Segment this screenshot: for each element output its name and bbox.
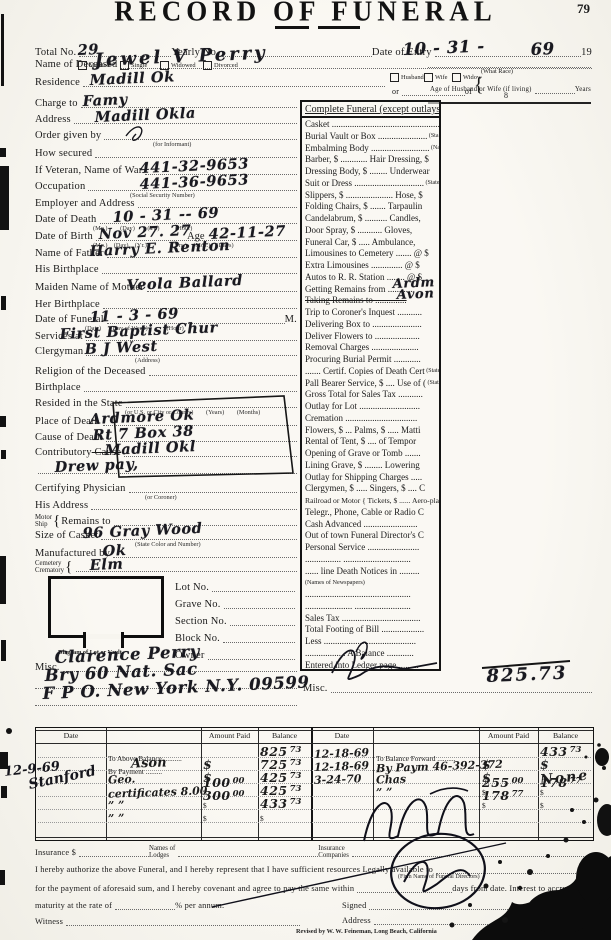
form-row: Certifying Physician(or Coroner) bbox=[35, 481, 297, 495]
field-label: Birthplace bbox=[35, 381, 81, 394]
charge-item-text: Outlay for Shipping Charges ..... bbox=[305, 472, 422, 482]
dotted-line bbox=[66, 922, 300, 926]
form-row: ClergymanB J West(Address) bbox=[35, 344, 297, 358]
field-label: If Veteran, Name of War bbox=[35, 164, 142, 177]
amount-cents: 73 bbox=[290, 758, 302, 768]
dotted-line bbox=[35, 702, 297, 706]
checkbox-label: Husband bbox=[401, 74, 424, 81]
checkbox-label: Wife bbox=[435, 74, 448, 81]
column-rule bbox=[538, 728, 539, 840]
charge-item: Trip to Coroner's Inquest ........... bbox=[305, 307, 439, 319]
handwritten-value: B J West bbox=[84, 338, 158, 358]
charge-item: Opening of Grave or Tomb ....... bbox=[305, 448, 439, 460]
ledger-column-header: Amount Paid bbox=[201, 731, 258, 740]
charge-item-text: Taking Remains to .............. bbox=[305, 295, 407, 305]
companies-label: Insurance Companies bbox=[318, 845, 349, 859]
form-row: Manufactured byOk bbox=[35, 546, 297, 560]
signed-row: Signed bbox=[342, 898, 592, 912]
form-row: CemeteryCrematory{Elm bbox=[35, 560, 297, 574]
checkbox-label: Widowed bbox=[171, 62, 196, 69]
charge-item-text: Slippers, $ ..................... Hose, … bbox=[305, 190, 423, 200]
ledger-cell: ” ” bbox=[376, 783, 478, 796]
charge-item-text: (Names of Newspapers) bbox=[305, 579, 365, 586]
dotted-line bbox=[79, 853, 149, 857]
payments-ledger: DateAmount PaidBalanceDateAmount PaidBal… bbox=[35, 727, 594, 841]
address-label: Address bbox=[342, 914, 371, 927]
lodges-label: Names of Lodges bbox=[149, 845, 175, 859]
charge-item: Taking Remains to ..............Avon bbox=[305, 295, 439, 307]
checkbox bbox=[203, 61, 212, 70]
charge-item-text: Folding Chairs, $ ....... Tarpaulin bbox=[305, 201, 422, 211]
charge-item: .................. A Balance ...........… bbox=[305, 648, 439, 660]
charge-item-text: Extra Limousines .............. @ $ bbox=[305, 260, 420, 270]
authorization-line-2: for the payment of aforesaid sum, and I … bbox=[35, 881, 592, 895]
charge-item-text: ..................... ..................… bbox=[305, 601, 411, 611]
dotted-line bbox=[84, 388, 297, 392]
amount-cents: 73 bbox=[570, 745, 582, 755]
charge-item: Burial Vault or Box ....................… bbox=[305, 131, 439, 143]
field-label: Lot No. bbox=[175, 581, 209, 594]
form-row: Drew pay, bbox=[35, 462, 297, 476]
charge-item-text: Pall Bearer Service, $ .... Use of ( bbox=[305, 378, 426, 388]
charge-item: Procuring Burial Permit ............ bbox=[305, 354, 439, 366]
charge-item-text: Delivering Box to ...................... bbox=[305, 319, 422, 329]
charge-item-text: Candelabrum, $ .......... Candles, bbox=[305, 213, 421, 223]
charge-item: Gross Total for Sales Tax ........... bbox=[305, 389, 439, 401]
charge-item-text: Procuring Burial Permit ............ bbox=[305, 354, 421, 364]
charge-item: Dressing Body, $ ........ Underwear bbox=[305, 166, 439, 178]
charge-item-hint: (State Nu bbox=[425, 368, 441, 374]
charge-item-text: Burial Vault or Box ....................… bbox=[305, 131, 427, 141]
misc-label: Misc. bbox=[303, 682, 328, 695]
dotted-line bbox=[129, 489, 297, 493]
form-row: Order given by(for Informant) bbox=[35, 128, 297, 142]
charge-item: Candelabrum, $ .......... Candles, bbox=[305, 213, 439, 225]
dotted-line bbox=[369, 906, 592, 910]
binding-marks bbox=[0, 14, 12, 885]
ledger-column-header: Balance bbox=[258, 731, 311, 740]
authorization-text: days from date. Interest to accrue bbox=[452, 882, 570, 895]
diagram-stub bbox=[83, 632, 86, 648]
form-row: Size of Casket96 Gray Wood(State Color a… bbox=[35, 528, 297, 542]
checkbox bbox=[78, 61, 87, 70]
lot-field-row: Lot No. bbox=[175, 580, 295, 594]
ledger-cell: 42573 bbox=[260, 769, 310, 782]
authorization-text: I hereby authorize the above Funeral, an… bbox=[35, 863, 433, 876]
meridiem-label: M. bbox=[285, 313, 297, 326]
lot-diagram bbox=[48, 576, 164, 638]
charge-item: Railroad or Motor { Tickets, $ ...... Ae… bbox=[305, 495, 439, 507]
charge-item-text: Door Spray, $ ........... Gloves, bbox=[305, 225, 412, 235]
handwritten-balance-amount: 825.73 bbox=[486, 662, 568, 687]
ledger-cell: $ 17877 bbox=[482, 769, 537, 782]
charge-item-text: Flowers, $ ... Palms, $ ..... Matti bbox=[305, 425, 421, 435]
years-label: Years bbox=[575, 83, 591, 96]
checkbox bbox=[390, 73, 399, 82]
ledger-cell: $ bbox=[203, 782, 257, 795]
amount-cents: 73 bbox=[290, 784, 302, 794]
revision-note: Revised by W. W. Feineman, Long Beach, C… bbox=[296, 928, 437, 935]
dotted-line bbox=[352, 853, 592, 857]
ledger-cell: ” ” bbox=[108, 796, 200, 809]
charge-item: Rental of Tent, $ .... of Tempor bbox=[305, 436, 439, 448]
charge-item: Extra Limousines .............. @ $ bbox=[305, 260, 439, 272]
charges-items: Casket .................................… bbox=[302, 118, 439, 671]
charge-item: Telegr., Phone, Cable or Radio C bbox=[305, 507, 439, 519]
charge-item: Cash Advanced ........................ bbox=[305, 519, 439, 531]
ledger-desc: ” ” bbox=[108, 812, 125, 826]
charge-item: Outlay for Shipping Charges ..... bbox=[305, 472, 439, 484]
charge-item: ........................................… bbox=[305, 589, 439, 601]
checkbox-option: Wife bbox=[424, 73, 448, 82]
ledger-cell: 3-24-70 bbox=[314, 770, 372, 783]
figure-eight: 8 bbox=[504, 91, 508, 100]
ledger-cell: $ 25500 bbox=[482, 756, 537, 769]
brace-glyph: { bbox=[65, 561, 72, 574]
ledger-cell: Ason bbox=[131, 754, 201, 767]
ledger-cell: $ 10000 bbox=[203, 756, 257, 769]
charge-item-hint: (State Kind an bbox=[424, 180, 441, 186]
ledger-cell: Geo. bbox=[108, 770, 200, 783]
charge-item: Delivering Box to ...................... bbox=[305, 319, 439, 331]
ledger-cell: ” ” bbox=[108, 809, 200, 822]
ledger-cell: 12-18-69 bbox=[314, 744, 372, 757]
field-sublabel: (Address) bbox=[135, 357, 160, 364]
charge-item-text: ................ .......................… bbox=[305, 554, 411, 564]
ledger-cell: $ bbox=[203, 808, 257, 821]
charge-item-hint: (Name of E bbox=[430, 145, 442, 151]
charge-item: Entered into Ledger page ......... bbox=[305, 660, 439, 672]
field-label: Certifying Physician bbox=[35, 482, 126, 495]
ledger-cell: 82573 bbox=[260, 743, 310, 756]
brace-glyph: { bbox=[53, 515, 60, 528]
diagram-gap bbox=[86, 634, 124, 639]
field-label: Clergyman bbox=[35, 345, 83, 358]
handwritten-entry: Avon bbox=[397, 289, 435, 302]
ink-blot bbox=[576, 852, 611, 904]
dotted-line bbox=[331, 689, 592, 693]
ledger-cell: 72573 bbox=[260, 756, 310, 769]
page-title: RECORD OF FUNERAL bbox=[0, 0, 611, 28]
address-row: Address bbox=[342, 913, 592, 927]
charge-item-hint: (State Physi bbox=[426, 380, 441, 386]
dotted-line bbox=[230, 622, 295, 626]
dotted-line bbox=[574, 889, 592, 893]
ledger-cell: 43373 bbox=[540, 743, 592, 756]
charge-item-text: Funeral Car, $ ..... Ambulance, bbox=[305, 237, 415, 247]
field-label: Order given by bbox=[35, 129, 101, 142]
field-label: Residence bbox=[35, 76, 80, 89]
checkbox-option: Married bbox=[78, 61, 110, 70]
charge-item-text: Clergymen, $ ..... Singers, $ .... C bbox=[305, 483, 425, 493]
charge-item-hint: (Sta bbox=[427, 133, 438, 139]
checkbox bbox=[452, 73, 461, 82]
lot-field-row: Grave No. bbox=[175, 597, 295, 611]
dotted-line bbox=[374, 921, 592, 925]
witness-row: Witness bbox=[35, 914, 300, 928]
field-label: Date of Death bbox=[35, 213, 97, 226]
charge-item: Personal Service ....................... bbox=[305, 542, 439, 554]
field-label: Religion of the Deceased bbox=[35, 365, 146, 378]
form-row: His Address bbox=[35, 498, 297, 512]
ledger-column-header: Amount Paid bbox=[479, 731, 538, 740]
dotted-line bbox=[535, 90, 575, 94]
field-label: His Address bbox=[35, 499, 88, 512]
ledger-amount: $ bbox=[203, 814, 207, 823]
charge-item-text: Rental of Tent, $ .... of Tempor bbox=[305, 436, 416, 446]
charge-item: Suit or Dress ..........................… bbox=[305, 178, 439, 190]
row-rule bbox=[36, 837, 593, 838]
charge-item-text: Embalming Body .........................… bbox=[305, 143, 430, 153]
charge-item: ................ .......................… bbox=[305, 554, 439, 566]
field-label: Charge to bbox=[35, 97, 78, 110]
ledger-cell: $ bbox=[482, 795, 537, 808]
authorization-line-3: maturity at the rate of % per annum. bbox=[35, 898, 300, 912]
ledger-amount: $ bbox=[540, 801, 544, 810]
charge-item: ..................... ..................… bbox=[305, 601, 439, 613]
page-number: 79 bbox=[577, 1, 590, 17]
stacked-label-top: Cemetery bbox=[35, 560, 64, 567]
form-row: AddressMadill Okla bbox=[35, 112, 297, 126]
funeral-record-page: RECORD OF FUNERAL 79 Total No. Yearly No… bbox=[0, 0, 611, 940]
ledger-cell: $ 30000 bbox=[203, 769, 257, 782]
charge-item: Slippers, $ ..................... Hose, … bbox=[305, 190, 439, 202]
title-underline bbox=[275, 26, 309, 29]
spouse-age-label: Age of Husband or Wife (if living) bbox=[430, 83, 532, 96]
stacked-label-top: Motor bbox=[35, 514, 52, 521]
field-label: How secured bbox=[35, 147, 92, 160]
form-row: Services atFirst Baptist Chur bbox=[35, 329, 297, 343]
checkbox bbox=[120, 61, 129, 70]
charge-item: Outlay for Lot .........................… bbox=[305, 401, 439, 413]
charge-item-text: Out of town Funeral Director's C bbox=[305, 530, 424, 540]
dotted-line bbox=[224, 605, 295, 609]
column-rule bbox=[258, 728, 259, 840]
ledger-cell: 42573 bbox=[260, 782, 310, 795]
column-rule bbox=[106, 728, 107, 840]
charges-box-title: Complete Funeral (except outlays) bbox=[302, 102, 439, 118]
dotted-line bbox=[115, 906, 175, 910]
charge-item-text: Suit or Dress ..........................… bbox=[305, 178, 424, 188]
stacked-label: CemeteryCrematory bbox=[35, 560, 64, 574]
amount-cents: 73 bbox=[290, 771, 302, 781]
field-label: Occupation bbox=[35, 180, 85, 193]
charge-item: Sales Tax ..............................… bbox=[305, 613, 439, 625]
charge-item-text: ....... Certif. Copies of Death Cert bbox=[305, 366, 425, 376]
stacked-label-bottom: Crematory bbox=[35, 567, 64, 574]
ledger-cell: $ bbox=[540, 782, 592, 795]
authorization-text: % per annum. bbox=[175, 899, 224, 912]
ledger-cell: certificates 8.00 bbox=[108, 783, 200, 796]
charge-item-text: Barber, $ ............ Hair Dressing, $ bbox=[305, 154, 429, 164]
stacked-label-bottom: Ship bbox=[35, 521, 52, 528]
form-row: Religion of the Deceased bbox=[35, 364, 297, 378]
insurance-row: Insurance $ Names of Lodges Insurance Co… bbox=[35, 845, 592, 859]
rule-line bbox=[428, 102, 591, 104]
ledger-cell: $ bbox=[203, 795, 257, 808]
charge-item: Out of town Funeral Director's C bbox=[305, 530, 439, 542]
dotted-line bbox=[113, 554, 297, 558]
lot-field-row: Section No. bbox=[175, 614, 295, 628]
charge-item-text: Cash Advanced ........................ bbox=[305, 519, 418, 529]
dotted-line bbox=[223, 639, 295, 643]
field-label: His Birthplace bbox=[35, 263, 99, 276]
charge-item: Limousines to Cemetery ....... @ $ bbox=[305, 248, 439, 260]
authorization-text: maturity at the rate of bbox=[35, 899, 112, 912]
ledger-cell: Chas bbox=[376, 770, 478, 783]
charge-item-text: Total Footing of Bill ..................… bbox=[305, 624, 424, 634]
checkbox-option: Divorced bbox=[203, 61, 238, 70]
ledger-cell: 12-18-69 bbox=[314, 757, 372, 770]
ink-blot bbox=[526, 890, 594, 934]
charge-item-text: ........................................… bbox=[305, 589, 411, 599]
dotted-line bbox=[91, 506, 297, 510]
charge-item: ....... Certif. Copies of Death Cert (St… bbox=[305, 366, 439, 378]
ledger-column-header: Date bbox=[311, 731, 373, 740]
field-label: Date of Birth bbox=[35, 230, 93, 243]
ledger-cell: None bbox=[540, 769, 592, 782]
charge-item-text: Opening of Grave or Tomb ....... bbox=[305, 448, 421, 458]
ledger-cell: $ bbox=[540, 795, 592, 808]
field-label: Address bbox=[35, 113, 71, 126]
authorization-line-1: I hereby authorize the above Funeral, an… bbox=[35, 862, 592, 876]
charge-item: Deliver Flowers to .................... bbox=[305, 331, 439, 343]
ledger-desc: ” ” bbox=[376, 786, 393, 800]
handwritten-value: Elm bbox=[89, 556, 123, 574]
form-row: Maiden Name of MotherVeola Ballard bbox=[35, 280, 297, 294]
checkbox-option: Husband bbox=[390, 73, 424, 82]
checkbox-label: Single bbox=[131, 62, 147, 69]
charge-item-text: Deliver Flowers to .................... bbox=[305, 331, 420, 341]
title-underline bbox=[318, 26, 360, 29]
field-label: Resided in the State bbox=[35, 397, 123, 410]
charge-item-text: Casket .................................… bbox=[305, 119, 440, 129]
dotted-line bbox=[149, 372, 297, 376]
charge-item: Casket .................................… bbox=[305, 119, 439, 131]
checkbox bbox=[424, 73, 433, 82]
charge-item-text: Limousines to Cemetery ....... @ $ bbox=[305, 248, 429, 258]
charge-item-text: Personal Service ....................... bbox=[305, 542, 419, 552]
charge-item-text: ...... line Death Notices in ......... bbox=[305, 566, 419, 576]
charge-item-text: Entered into Ledger page ......... bbox=[305, 660, 419, 670]
column-rule bbox=[479, 728, 480, 840]
handwritten-date: 3-24-70 bbox=[314, 772, 362, 787]
dotted-line bbox=[212, 588, 295, 592]
dotted-line bbox=[357, 889, 452, 893]
checkbox-label: Married bbox=[89, 62, 110, 69]
charge-item-text: Removal Charges ..................... bbox=[305, 342, 419, 352]
ledger-column-header: Date bbox=[36, 731, 106, 740]
charge-item-text: Railroad or Motor { Tickets, $ ...... Ae… bbox=[305, 496, 441, 505]
charge-item: Total Footing of Bill ..................… bbox=[305, 624, 439, 636]
charge-item-text: Lining Grave, $ ........ Lowering bbox=[305, 460, 420, 470]
field-label: Grave No. bbox=[175, 598, 221, 611]
charge-item-text: Cremation ..............................… bbox=[305, 413, 417, 423]
charge-item: Folding Chairs, $ ....... Tarpaulin bbox=[305, 201, 439, 213]
witness-label: Witness bbox=[35, 915, 63, 928]
form-row: Contributory CauseMadill Okl bbox=[35, 445, 297, 459]
form-row: Birthplace bbox=[35, 380, 297, 394]
form-row: Name of FatherHarry E. Renton bbox=[35, 246, 297, 260]
charge-item: (Names of Newspapers) bbox=[305, 577, 439, 589]
column-rule bbox=[373, 728, 374, 840]
charge-item: Cremation ..............................… bbox=[305, 413, 439, 425]
ink-blot bbox=[595, 748, 609, 766]
signed-label: Signed bbox=[342, 899, 366, 912]
stacked-label: MotorShip bbox=[35, 514, 52, 528]
authorization-text: for the payment of aforesaid sum, and I … bbox=[35, 882, 354, 895]
ledger-cell: $ bbox=[260, 808, 310, 821]
insurance-label: Insurance $ bbox=[35, 846, 76, 859]
ledger-cell: $ bbox=[482, 782, 537, 795]
form-row: Occupation441-36-9653(Social Security Nu… bbox=[35, 179, 297, 193]
charge-item: Pall Bearer Service, $ .... Use of ( (St… bbox=[305, 378, 439, 390]
ledger-cell: By Paym 46-392-372 bbox=[376, 757, 478, 770]
race-hint: (What Race) bbox=[481, 68, 513, 75]
field-label: Section No. bbox=[175, 615, 227, 628]
charges-box: Complete Funeral (except outlays) Casket… bbox=[300, 100, 441, 671]
ledger-amount: $ bbox=[482, 801, 486, 810]
charge-item: Clergymen, $ ..... Singers, $ .... C bbox=[305, 483, 439, 495]
amount-cents: 73 bbox=[290, 745, 302, 755]
charge-item-text: Telegr., Phone, Cable or Radio C bbox=[305, 507, 424, 517]
form-row: ResidenceMadill Ok bbox=[35, 75, 385, 89]
charge-item-text: .................. A Balance ...........… bbox=[305, 648, 414, 658]
ledger-cell: 43373 bbox=[260, 795, 310, 808]
charge-item-text: Outlay for Lot .........................… bbox=[305, 401, 420, 411]
charge-item-text: Trip to Coroner's Inquest ........... bbox=[305, 307, 422, 317]
column-rule bbox=[311, 728, 313, 840]
charge-item-text: Dressing Body, $ ........ Underwear bbox=[305, 166, 430, 176]
ledger-column-header: Balance bbox=[538, 731, 593, 740]
charge-item-text: Gross Total for Sales Tax ........... bbox=[305, 389, 423, 399]
firm-name-hint: (Firm Name of Funeral Directors) bbox=[398, 874, 480, 880]
charge-item-text: Less ...................................… bbox=[305, 636, 416, 646]
ink-blot bbox=[597, 804, 611, 836]
checkbox-label: Divorced bbox=[214, 62, 238, 69]
charge-item-text: Sales Tax ..............................… bbox=[305, 613, 420, 623]
spouse-age-row: Age of Husband or Wife (if living) Years bbox=[430, 82, 591, 96]
charge-item: Removal Charges ..................... bbox=[305, 342, 439, 354]
charge-item: Funeral Car, $ ..... Ambulance, bbox=[305, 237, 439, 249]
amount-cents: 73 bbox=[290, 797, 302, 807]
charge-item: Embalming Body .........................… bbox=[305, 143, 439, 155]
form-row: His Birthplace bbox=[35, 262, 297, 276]
charge-item: Flowers, $ ... Palms, $ ..... Matti bbox=[305, 425, 439, 437]
charge-item: Door Spray, $ ........... Gloves, bbox=[305, 225, 439, 237]
dotted-line bbox=[104, 136, 297, 140]
or-label: or bbox=[392, 85, 399, 98]
charge-item: Less ...................................… bbox=[305, 636, 439, 648]
charge-item: Barber, $ ............ Hair Dressing, $ bbox=[305, 154, 439, 166]
charge-item: ...... line Death Notices in ......... bbox=[305, 566, 439, 578]
ledger-amount: $ bbox=[260, 814, 264, 823]
dotted-line bbox=[178, 853, 318, 857]
charge-item: Lining Grave, $ ........ Lowering bbox=[305, 460, 439, 472]
